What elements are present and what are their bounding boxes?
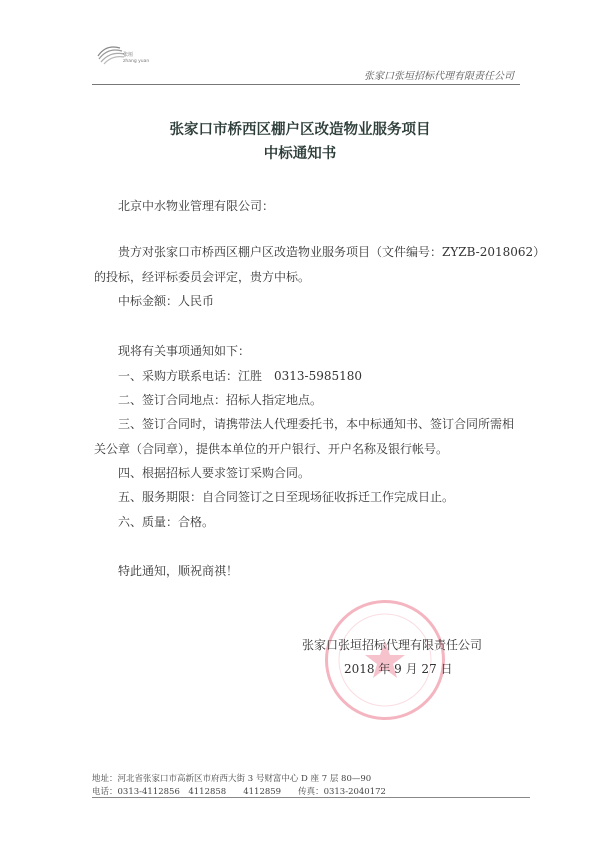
item-3: 三、签订合同时，请携带法人代理委托书，本中标通知书、签订合同所需相 (118, 416, 514, 432)
footer-divider (92, 797, 530, 798)
company-logo: 张垣 zhang yuan (96, 42, 166, 66)
award-amount: 中标金额：人民币 (118, 293, 214, 309)
paragraph-1-line-2: 的投标，经评标委员会评定，贵方中标。 (94, 269, 310, 285)
svg-text:zhang yuan: zhang yuan (123, 58, 149, 64)
official-seal (325, 600, 445, 720)
svg-text:张垣: 张垣 (123, 51, 133, 58)
signature-company: 张家口张垣招标代理有限责任公司 (302, 637, 482, 653)
item-5: 五、服务期限：自合同签订之日至现场征收拆迁工作完成日止。 (118, 489, 454, 505)
item-2: 二、签订合同地点：招标人指定地点。 (118, 392, 322, 408)
item-1: 一、采购方联系电话：江胜 0313-5985180 (118, 368, 362, 384)
paragraph-1-line-1: 贵方对张家口市桥西区棚户区改造物业服务项目（文件编号：ZYZB-2018062） (118, 244, 545, 260)
item-6: 六、质量：合格。 (118, 514, 214, 530)
closing-remark: 特此通知，顺祝商祺！ (118, 563, 238, 579)
footer-address: 地址：河北省张家口市高新区市府西大街 3 号财富中心 D 座 7 层 80—90 (92, 772, 371, 784)
globe-swoosh-icon: 张垣 zhang yuan (96, 42, 166, 66)
item-3-continued: 关公章（合同章），提供本单位的开户银行、开户名称及银行帐号。 (94, 441, 448, 457)
recipient: 北京中水物业管理有限公司： (118, 198, 274, 214)
document-title: 张家口市桥西区棚户区改造物业服务项目 (0, 118, 600, 139)
document-subtitle: 中标通知书 (0, 142, 600, 163)
footer-phone: 电话：0313-4112856 4112858 4112859 传真：0313-… (92, 785, 386, 797)
item-4: 四、根据招标人要求签订采购合同。 (118, 465, 310, 481)
seal-star-icon (328, 603, 442, 717)
header-divider (92, 84, 520, 85)
header-company-name: 张家口张垣招标代理有限责任公司 (364, 67, 514, 82)
notice-intro: 现将有关事项通知如下： (118, 343, 250, 359)
signature-date: 2018 年 9 月 27 日 (344, 661, 453, 677)
